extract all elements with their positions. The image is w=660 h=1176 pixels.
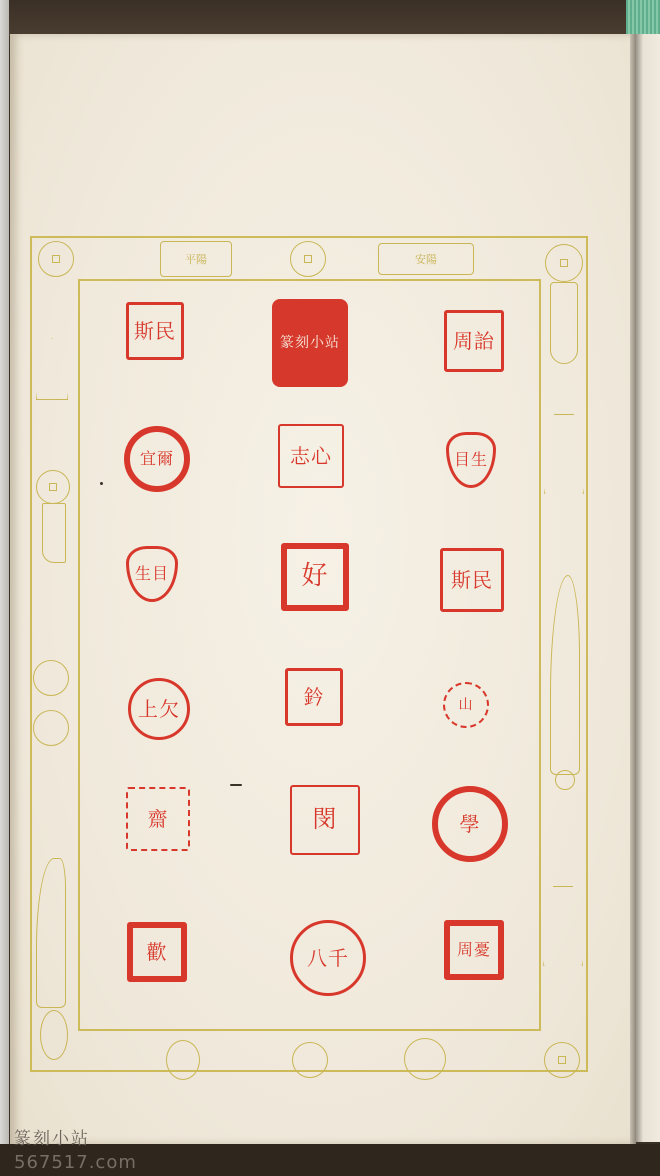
seal-impression: 斯民 xyxy=(440,548,504,612)
bookmark-ribbon xyxy=(626,0,660,34)
watermark-title: 篆刻小站 xyxy=(14,1124,90,1149)
coin-icon xyxy=(290,241,326,277)
coin-label: 安陽 xyxy=(415,251,437,267)
knife-coin-icon xyxy=(550,282,578,364)
seal-impression: 八千 xyxy=(290,920,366,996)
seal-impression: 志心 xyxy=(278,424,344,488)
seal-text: 學 xyxy=(460,814,481,835)
seal-text: 周憂 xyxy=(457,942,491,959)
paper-speck xyxy=(100,482,103,485)
seal-impression: 歡 xyxy=(127,922,187,982)
coin-icon xyxy=(38,241,74,277)
seal-text: 齋 xyxy=(148,809,169,830)
scan-top-edge xyxy=(0,0,660,36)
seal-text: 篆刻小站 xyxy=(280,336,340,351)
seal-impression: 閔 xyxy=(290,785,360,855)
coin-icon xyxy=(292,1042,328,1078)
seal-text: 上欠 xyxy=(138,699,180,720)
seal-impression: 斯民 xyxy=(126,302,184,360)
seal-text: 斯民 xyxy=(134,321,176,342)
knife-ring-icon xyxy=(555,770,575,790)
seal-text: 山 xyxy=(459,698,474,713)
seal-text: 歡 xyxy=(147,942,168,963)
scan-left-edge xyxy=(0,0,9,1176)
seal-impression: 周詒 xyxy=(444,310,504,372)
spade-coin-icon: 平陽 xyxy=(160,241,232,277)
seal-text: 周詒 xyxy=(453,331,495,352)
seal-text: 八千 xyxy=(307,948,349,969)
next-page-edge xyxy=(636,34,660,1142)
seal-impression: 鈐 xyxy=(285,668,343,726)
knife-ring-icon xyxy=(40,1010,68,1060)
coin-icon xyxy=(33,710,69,746)
seal-text: 宜爾 xyxy=(140,451,174,468)
inner-frame xyxy=(78,279,541,1031)
coin-icon xyxy=(404,1038,446,1080)
spade-coin-icon: 安陽 xyxy=(378,243,474,275)
seal-impression: 宜爾 xyxy=(124,426,190,492)
seal-text: 目生 xyxy=(454,452,488,469)
seal-impression: 周憂 xyxy=(444,920,504,980)
seal-impression: 山 xyxy=(443,682,489,728)
seal-text: 好 xyxy=(301,563,328,590)
knife-coin-icon xyxy=(42,503,66,563)
seal-text: 鈐 xyxy=(304,687,325,708)
seal-text: 斯民 xyxy=(451,570,493,591)
coin-icon xyxy=(33,660,69,696)
seal-text: 閔 xyxy=(313,807,338,832)
seal-text: 生目 xyxy=(135,566,169,583)
coin-icon xyxy=(166,1040,200,1080)
coin-icon xyxy=(544,1042,580,1078)
seal-impression: 好 xyxy=(281,543,349,611)
seal-impression: 篆刻小站 xyxy=(272,299,348,387)
seal-impression: 齋 xyxy=(126,787,190,851)
paper-speck xyxy=(230,784,242,786)
coin-label: 平陽 xyxy=(185,251,207,267)
seal-impression: 學 xyxy=(432,786,508,862)
watermark-url: 567517.com xyxy=(14,1152,137,1173)
seal-impression: 上欠 xyxy=(128,678,190,740)
seal-text: 志心 xyxy=(290,446,332,467)
coin-icon xyxy=(545,244,583,282)
coin-icon xyxy=(36,470,70,504)
